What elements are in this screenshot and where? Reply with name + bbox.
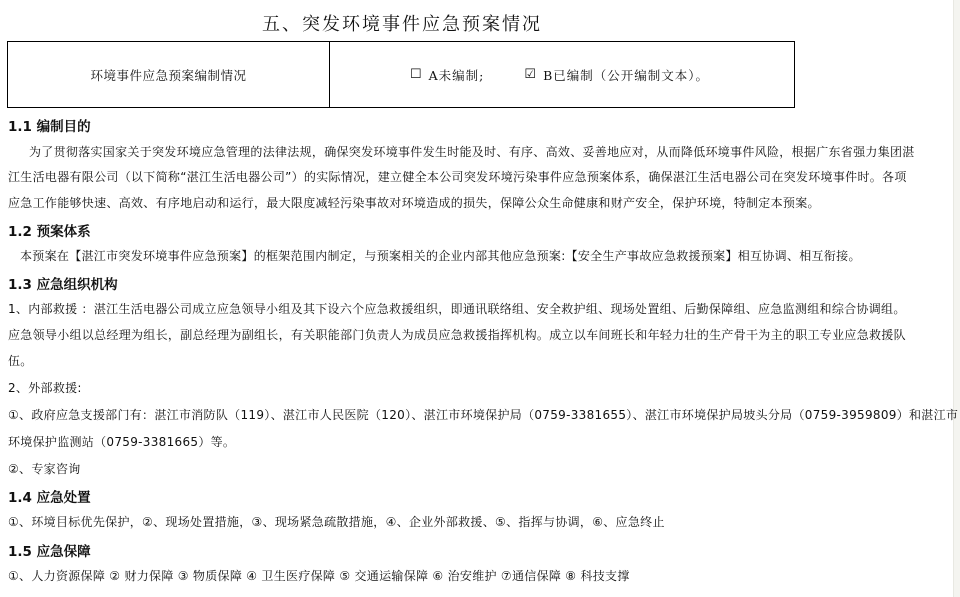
option-not-prepared[interactable]: ☐ A未编制;: [410, 66, 484, 84]
option-prepared-label: B已编制（公开编制文本）。: [543, 66, 709, 84]
plan-status-table: 环境事件应急预案编制情况 ☐ A未编制; ☑ B已编制（公开编制文本）。: [7, 41, 795, 108]
section-heading-organization: 1.3 应急组织机构: [8, 273, 118, 293]
paragraph-line: 本预案在【湛江市突发环境事件应急预案】的框架范围内制定，与预案相关的企业内部其他…: [20, 247, 861, 264]
section-heading-support: 1.5 应急保障: [8, 540, 91, 560]
plan-status-options: ☐ A未编制; ☑ B已编制（公开编制文本）。: [330, 42, 794, 107]
checked-box-icon[interactable]: ☑: [524, 67, 537, 82]
unchecked-box-icon[interactable]: ☐: [410, 67, 423, 82]
option-prepared[interactable]: ☑ B已编制（公开编制文本）。: [524, 66, 709, 84]
paragraph-line: ②、专家咨询: [8, 460, 81, 477]
option-not-prepared-label: A未编制;: [429, 66, 485, 84]
section-heading-plan-system: 1.2 预案体系: [8, 220, 91, 240]
paragraph-line: 2、外部救援:: [8, 379, 82, 396]
paragraph-line: ①、环境目标优先保护，②、现场处置措施，③、现场紧急疏散措施，④、企业外部救援、…: [8, 513, 665, 530]
section-heading-purpose: 1.1 编制目的: [8, 115, 91, 135]
plan-status-label: 环境事件应急预案编制情况: [8, 42, 330, 107]
paragraph-line: 应急领导小组以总经理为组长，副总经理为副组长，有关职能部门负责人为成员应急救援指…: [8, 326, 906, 343]
page-title: 五、突发环境事件应急预案情况: [0, 10, 804, 36]
paragraph-line: ①、政府应急支援部门有：湛江市消防队（119）、湛江市人民医院（120）、湛江市…: [8, 406, 958, 423]
paragraph-line: 应急工作能够快速、高效、有序地启动和运行，最大限度减轻污染事故对环境造成的损失，…: [8, 194, 820, 211]
paragraph-line: 伍。: [8, 352, 33, 369]
paragraph-line: 环境保护监测站（0759-3381665）等。: [8, 433, 235, 450]
section-heading-response: 1.4 应急处置: [8, 486, 91, 506]
page-edge: [953, 0, 960, 597]
paragraph-line: ①、人力资源保障 ② 财力保障 ③ 物质保障 ④ 卫生医疗保障 ⑤ 交通运输保障…: [8, 567, 630, 584]
paragraph-line: 1、内部救援 ：湛江生活电器公司成立应急领导小组及其下设六个应急救援组织，即通讯…: [8, 300, 906, 317]
paragraph-line: 为了贯彻落实国家关于突发环境应急管理的法律法规，确保突发环境事件发生时能及时、有…: [29, 143, 915, 160]
paragraph-line: 江生活电器有限公司（以下简称“湛江生活电器公司”）的实际情况，建立健全本公司突发…: [8, 168, 907, 185]
